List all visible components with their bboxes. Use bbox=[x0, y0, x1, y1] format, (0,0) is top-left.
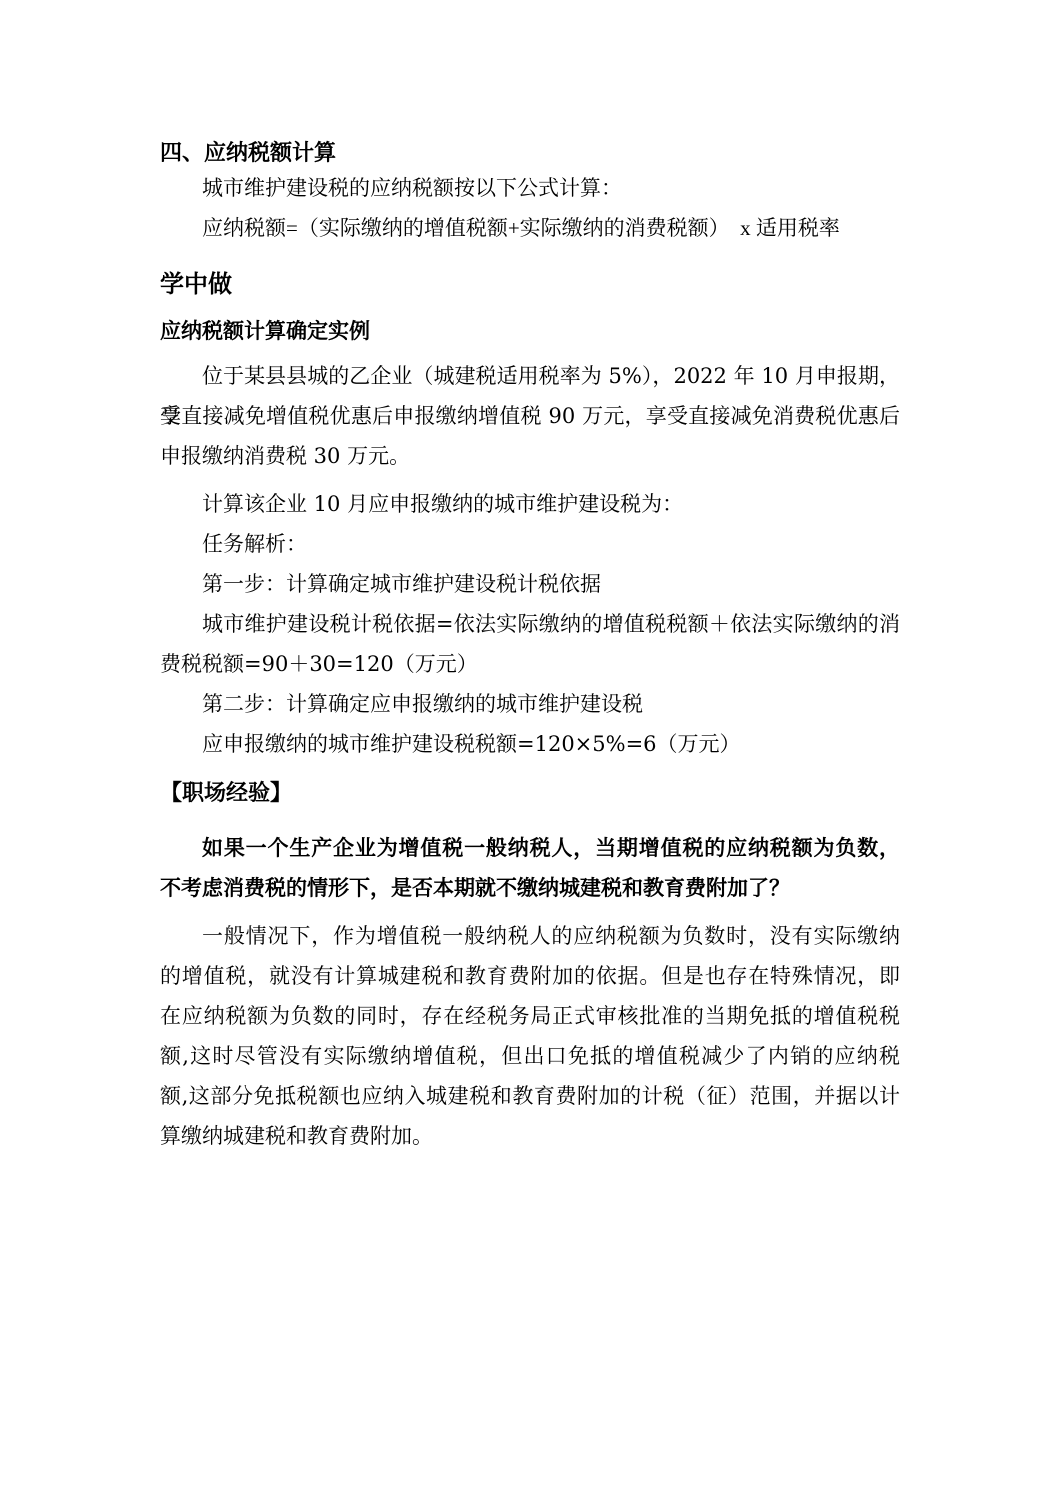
question-paragraph: 如果一个生产企业为增值税一般纳税人，当期增值税的应纳税额为负数， 不考虑消费税的… bbox=[160, 828, 900, 908]
solution-line: 第二步：计算确定应申报缴纳的城市维护建设税 bbox=[160, 684, 900, 724]
solution-line: 费税税额=90＋30=120（万元） bbox=[160, 644, 900, 684]
answer-line: 一般情况下，作为增值税一般纳税人的应纳税额为负数时，没有实际缴纳 bbox=[160, 916, 900, 956]
answer-paragraph: 一般情况下，作为增值税一般纳税人的应纳税额为负数时，没有实际缴纳 的增值税，就没… bbox=[160, 916, 900, 1156]
answer-line: 的增值税，就没有计算城建税和教育费附加的依据。但是也存在特殊情况，即 bbox=[160, 956, 900, 996]
tax-formula-line: 应纳税额=（实际缴纳的增值税额+实际缴纳的消费税额） x 适用税率 bbox=[160, 208, 900, 248]
paragraph-line: 位于某县县城的乙企业（城建税适用税率为 5%），2022 年 10 月申报期，享 bbox=[160, 356, 900, 396]
answer-line: 算缴纳城建税和教育费附加。 bbox=[160, 1116, 900, 1156]
question-line: 不考虑消费税的情形下，是否本期就不缴纳城建税和教育费附加了？ bbox=[160, 868, 900, 908]
paragraph-line: 申报缴纳消费税 30 万元。 bbox=[160, 436, 900, 476]
question-line: 如果一个生产企业为增值税一般纳税人，当期增值税的应纳税额为负数， bbox=[160, 828, 900, 868]
solution-line: 计算该企业 10 月应申报缴纳的城市维护建设税为： bbox=[160, 484, 900, 524]
learn-by-doing-heading: 学中做 bbox=[160, 270, 900, 300]
answer-line: 额,这部分免抵税额也应纳入城建税和教育费附加的计税（征）范围，并据以计 bbox=[160, 1076, 900, 1116]
document-page: 四、应纳税额计算 城市维护建设税的应纳税额按以下公式计算： 应纳税额=（实际缴纳… bbox=[0, 0, 1059, 1497]
section-intro-line: 城市维护建设税的应纳税额按以下公式计算： bbox=[160, 168, 900, 208]
answer-line: 额,这时尽管没有实际缴纳增值税，但出口免抵的增值税减少了内销的应纳税 bbox=[160, 1036, 900, 1076]
solution-steps: 计算该企业 10 月应申报缴纳的城市维护建设税为： 任务解析： 第一步：计算确定… bbox=[160, 484, 900, 764]
answer-line: 在应纳税额为负数的同时，存在经税务局正式审核批准的当期免抵的增值税税 bbox=[160, 996, 900, 1036]
paragraph-line: 受直接减免增值税优惠后申报缴纳增值税 90 万元，享受直接减免消费税优惠后 bbox=[160, 396, 900, 436]
solution-line: 第一步：计算确定城市维护建设税计税依据 bbox=[160, 564, 900, 604]
solution-line: 任务解析： bbox=[160, 524, 900, 564]
solution-line: 城市维护建设税计税依据=依法实际缴纳的增值税税额＋依法实际缴纳的消 bbox=[160, 604, 900, 644]
example-subheading: 应纳税额计算确定实例 bbox=[160, 316, 900, 346]
case-paragraph: 位于某县县城的乙企业（城建税适用税率为 5%），2022 年 10 月申报期，享… bbox=[160, 356, 900, 476]
section-heading: 四、应纳税额计算 bbox=[160, 138, 900, 168]
solution-line: 应申报缴纳的城市维护建设税税额=120×5%=6（万元） bbox=[160, 724, 900, 764]
workplace-experience-heading: 【职场经验】 bbox=[160, 778, 900, 808]
